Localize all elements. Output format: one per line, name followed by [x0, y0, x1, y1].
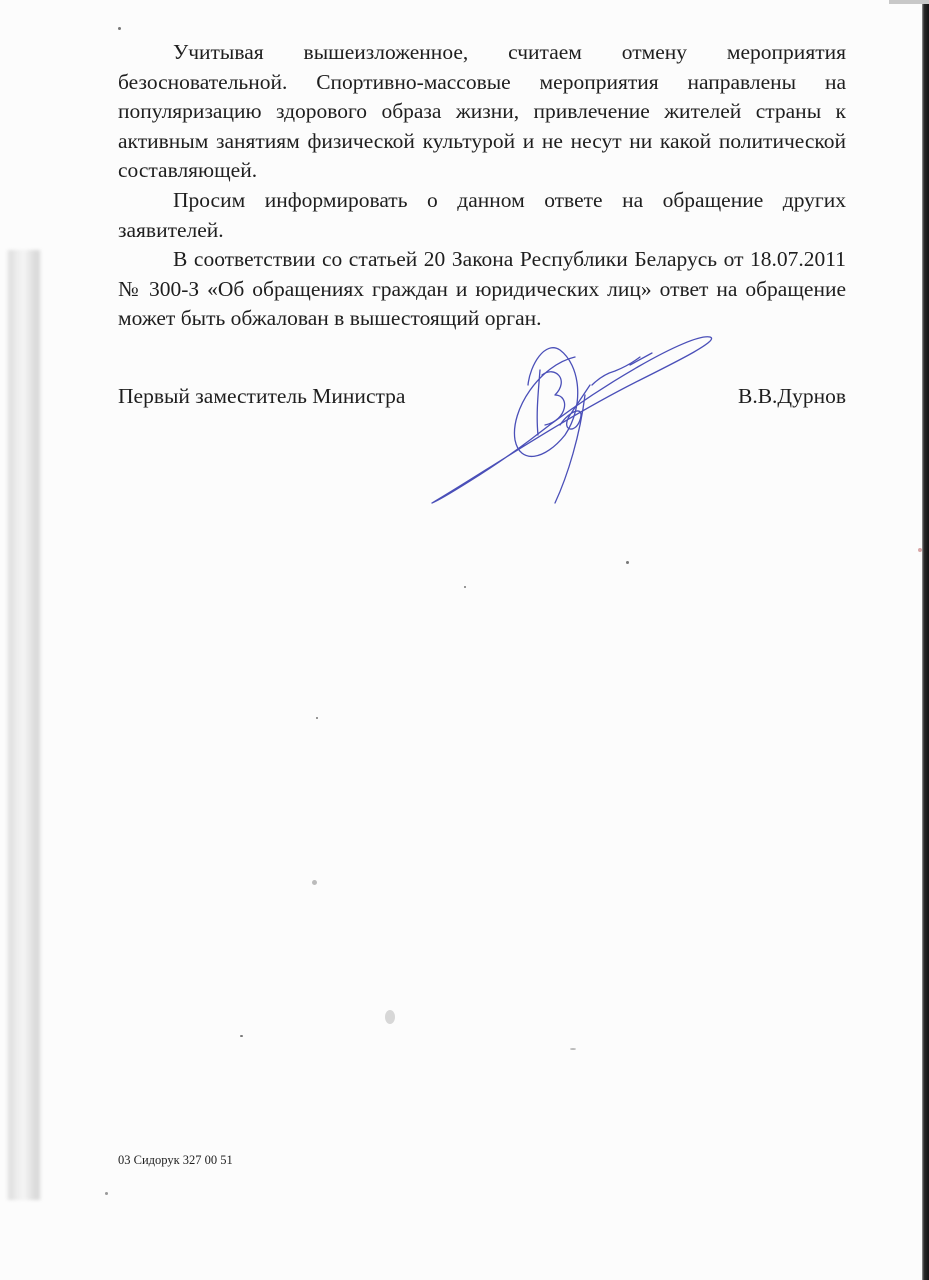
scan-speck	[118, 27, 121, 30]
scan-speck	[464, 586, 466, 588]
scan-edge-top	[889, 0, 929, 4]
scan-speck	[918, 548, 922, 552]
executor-contact-note: 03 Сидорук 327 00 51	[118, 1153, 233, 1168]
scan-border-right	[922, 0, 929, 1280]
handwritten-signature	[420, 325, 730, 515]
scan-speck	[105, 1192, 108, 1195]
scan-speck	[570, 1048, 576, 1050]
paragraph-request: Просим информировать о данном ответе на …	[118, 186, 846, 245]
paragraph-conclusion: Учитывая вышеизложенное, считаем отмену …	[118, 38, 846, 186]
paragraph-appeal-rights: В соответствии со статьей 20 Закона Респ…	[118, 245, 846, 334]
scan-speck	[240, 1035, 243, 1037]
signer-title: Первый заместитель Министра	[118, 382, 405, 410]
scan-speck	[385, 1010, 395, 1024]
scan-speck	[312, 880, 317, 885]
scan-shadow-left	[6, 250, 42, 1200]
scan-speck	[626, 561, 629, 564]
letter-body: Учитывая вышеизложенное, считаем отмену …	[118, 38, 846, 334]
signer-name: В.В.Дурнов	[738, 382, 846, 410]
scan-speck	[316, 717, 318, 719]
scanned-letter-page: Учитывая вышеизложенное, считаем отмену …	[0, 0, 929, 1280]
